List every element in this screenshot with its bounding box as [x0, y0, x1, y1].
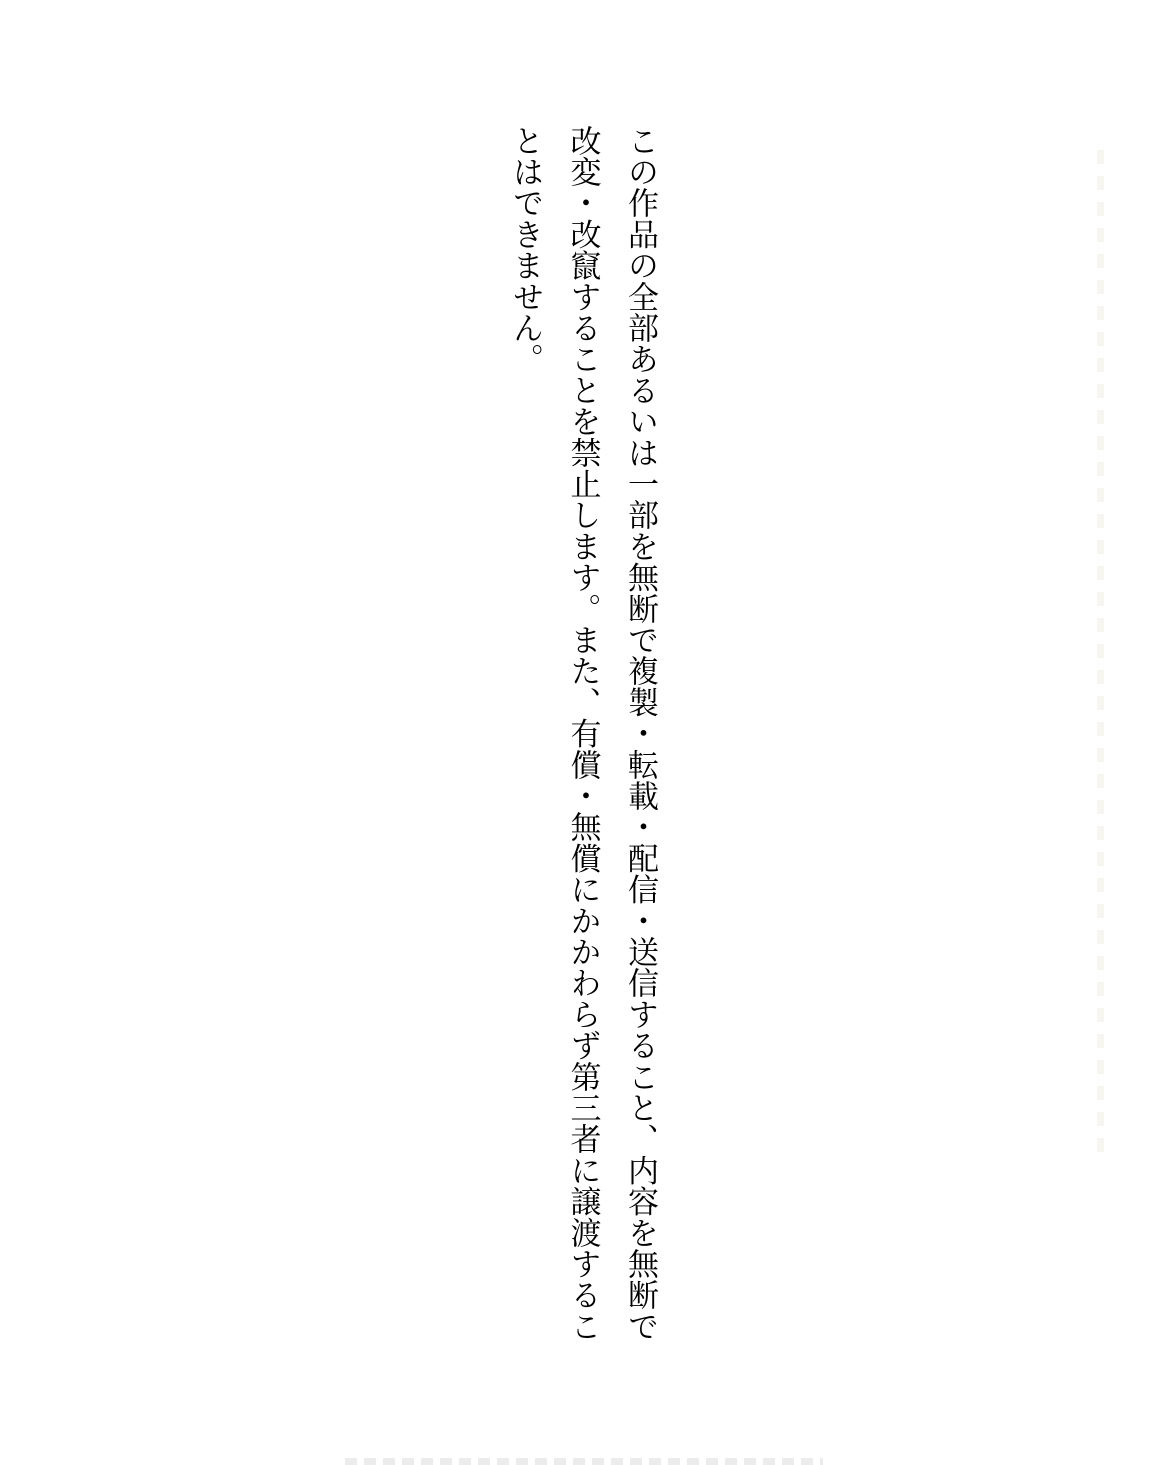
copyright-notice-text-block: この作品の全部あるいは一部を無断で複製・転載・配信・送信すること、内容を無断で …	[496, 125, 669, 1357]
cropped-text-remnant	[345, 1458, 823, 1465]
notice-column-2: 改変・改竄することを禁止します。また、有償・無償にかかわらず第三者に譲渡するこ	[553, 125, 611, 1357]
faint-bleedthrough-column	[1097, 150, 1104, 1155]
notice-column-3: とはできません。	[496, 125, 554, 1357]
notice-column-1: この作品の全部あるいは一部を無断で複製・転載・配信・送信すること、内容を無断で	[611, 125, 669, 1357]
copyright-notice-page: この作品の全部あるいは一部を無断で複製・転載・配信・送信すること、内容を無断で …	[0, 0, 1173, 1465]
